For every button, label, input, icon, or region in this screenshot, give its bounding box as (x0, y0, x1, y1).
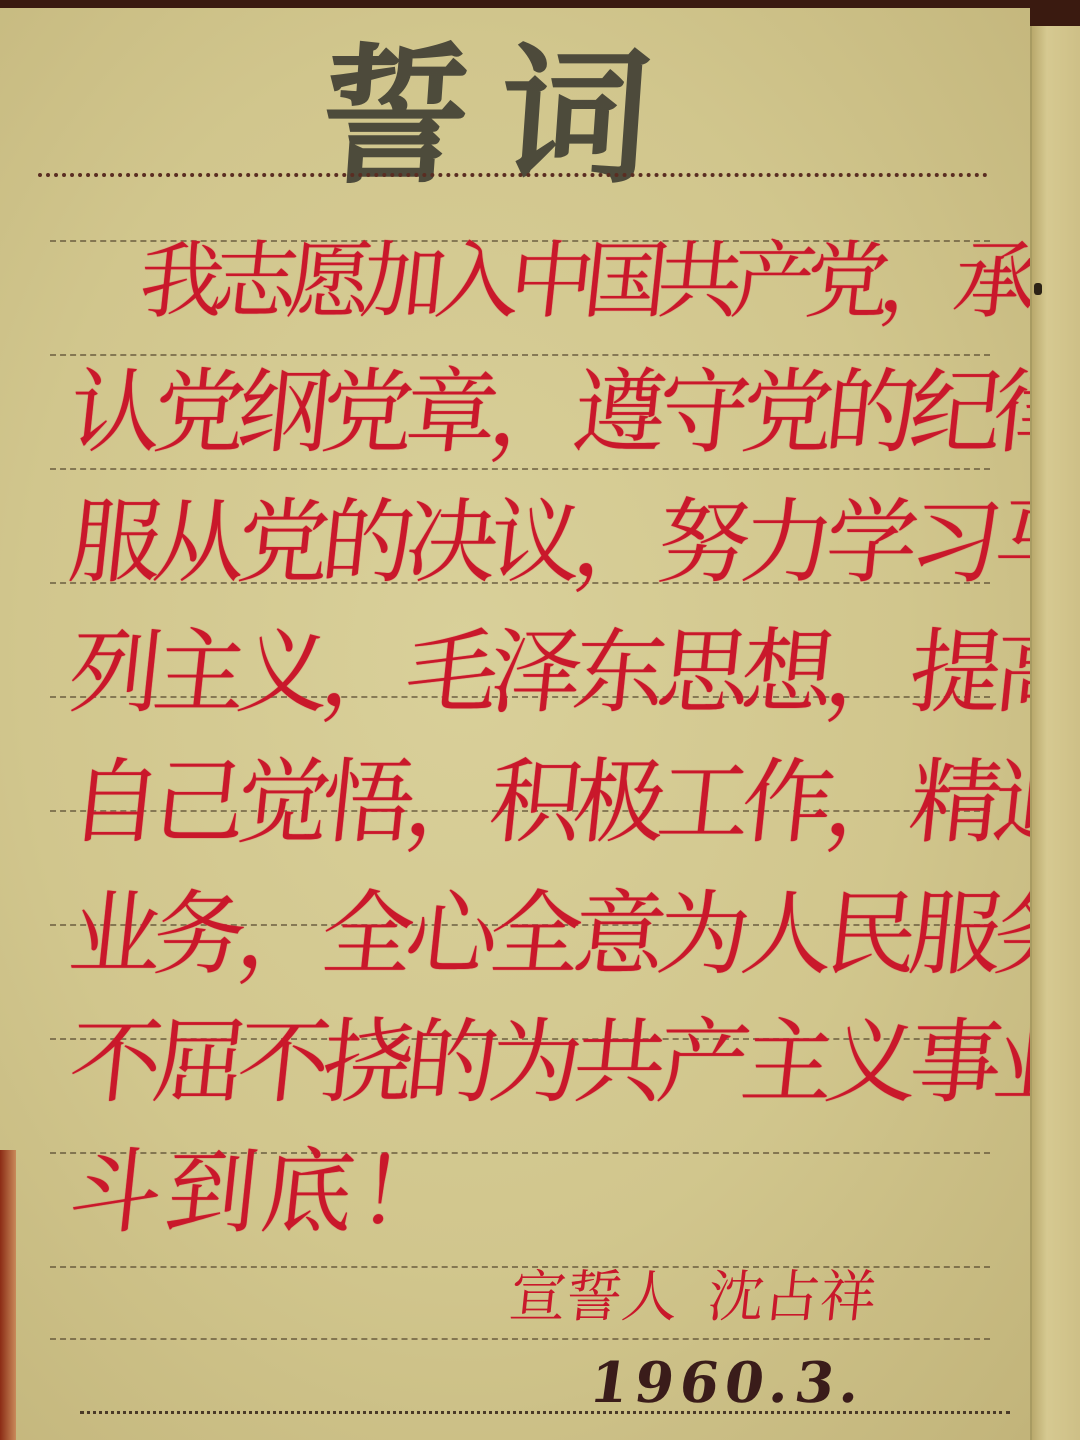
oath-line-3: 服从党的决议，努力学习马 (63, 478, 1037, 608)
oath-line-4: 列主义，毛泽东思想，提高 (63, 608, 1037, 738)
signature: 宣誓人沈占祥 (506, 1258, 880, 1338)
oath-line-2: 认党纲党章，遵守党的纪律， (63, 348, 1037, 478)
page-title: 誓词 (314, 28, 707, 208)
ruled-line (50, 1338, 990, 1340)
facing-page-edge (1030, 26, 1080, 1440)
bottom-wavy-line (80, 1411, 1010, 1414)
oath-line-5: 自己觉悟，积极工作，精通 (63, 738, 1037, 868)
signature-label: 宣誓人 (507, 1265, 682, 1330)
cover-edge (0, 1150, 16, 1440)
oath-line-1: 我志愿加入中国共产党，承 (133, 216, 1080, 346)
notebook-page: 誓词 我志愿加入中国共产党，承 认党纲党章，遵守党的纪律， 服从党的决议，努力学… (0, 8, 1030, 1440)
oath-line-7: 不屈不挠的为共产主义事业奋 (63, 998, 1037, 1128)
oath-line-8: 斗到底！ (63, 1128, 1037, 1258)
title-divider (38, 173, 988, 177)
oath-line-6: 业务，全心全意为人民服务 (63, 870, 1037, 1000)
binding-staple-icon (1034, 283, 1042, 295)
signature-name: 沈占祥 (705, 1265, 880, 1330)
